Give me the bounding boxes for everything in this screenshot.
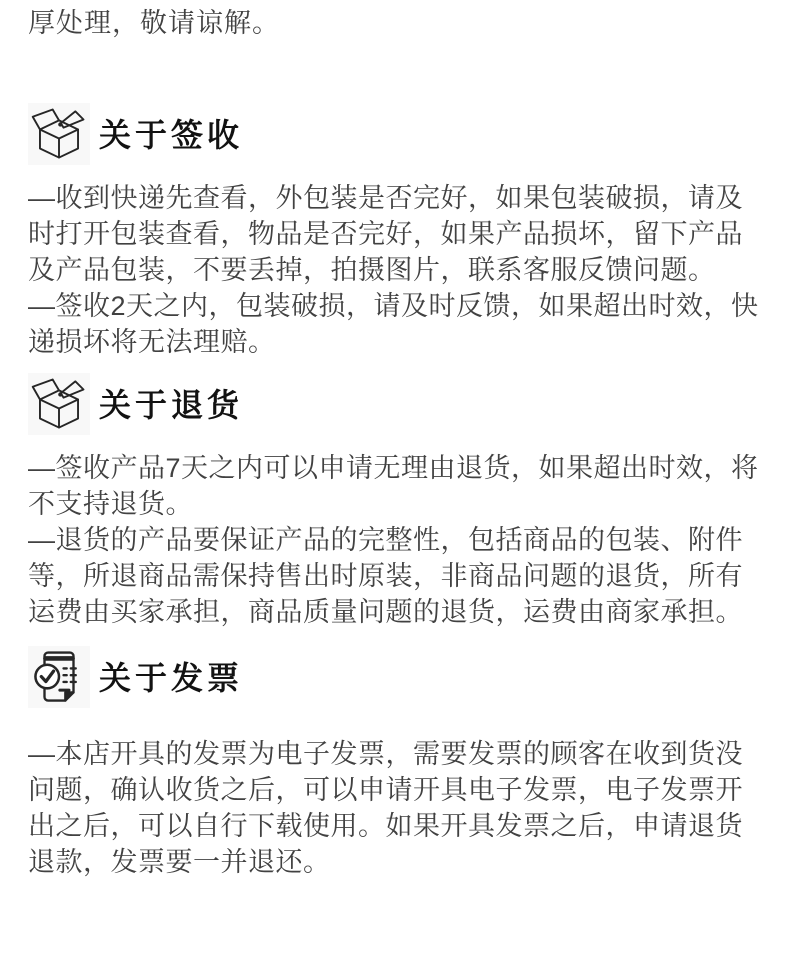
section-invoice-body: —本店开具的发票为电子发票，需要发票的顾客在收到货没问题，确认收货之后，可以申请… [28, 736, 762, 880]
section-invoice: 关于发票 —本店开具的发票为电子发票，需要发票的顾客在收到货没问题，确认收货之后… [28, 646, 762, 880]
paragraph: —签收2天之内，包装破损，请及时反馈，如果超出时效，快递损坏将无法理赔。 [28, 288, 762, 360]
intro-text: 厚处理，敬请谅解。 [28, 5, 762, 41]
paragraph: —本店开具的发票为电子发票，需要发票的顾客在收到货没问题，确认收货之后，可以申请… [28, 736, 762, 880]
section-returns-body: —签收产品7天之内可以申请无理由退货，如果超出时效，将不支持退货。 —退货的产品… [28, 450, 762, 630]
paragraph: —退货的产品要保证产品的完整性，包括商品的包装、附件等，所退商品需保持售出时原装… [28, 522, 762, 630]
section-returns-header: 关于退货 [28, 373, 762, 435]
section-title-invoice: 关于发票 [99, 660, 243, 694]
section-receiving-header: 关于签收 [28, 103, 762, 165]
open-box-icon [28, 373, 90, 435]
section-invoice-header: 关于发票 [28, 646, 762, 708]
open-box-icon [28, 103, 90, 165]
section-receiving: 关于签收 —收到快递先查看，外包装是否完好，如果包装破损，请及时打开包装查看，物… [28, 103, 762, 360]
section-receiving-body: —收到快递先查看，外包装是否完好，如果包装破损，请及时打开包装查看，物品是否完好… [28, 180, 762, 360]
paragraph: —收到快递先查看，外包装是否完好，如果包装破损，请及时打开包装查看，物品是否完好… [28, 180, 762, 288]
section-title-returns: 关于退货 [99, 387, 243, 421]
section-returns: 关于退货 —签收产品7天之内可以申请无理由退货，如果超出时效，将不支持退货。 —… [28, 373, 762, 630]
paragraph: —签收产品7天之内可以申请无理由退货，如果超出时效，将不支持退货。 [28, 450, 762, 522]
section-title-receiving: 关于签收 [99, 117, 243, 151]
service-notice-page: 厚处理，敬请谅解。 关于签收 —收到快递先查看，外包装是否完好，如果包装破损，请… [0, 0, 790, 958]
invoice-check-icon [28, 646, 90, 708]
